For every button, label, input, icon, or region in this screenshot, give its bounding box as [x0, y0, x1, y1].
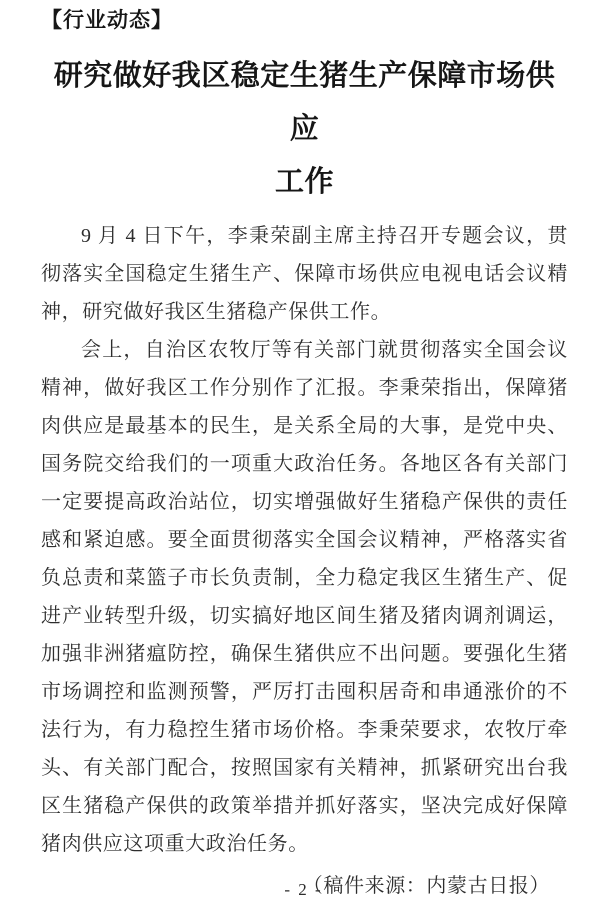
document-body: 9 月 4 日下午，李秉荣副主席主持召开专题会议，贯彻落实全国稳定生猪生产、保障… — [41, 217, 568, 863]
document-page: 【行业动态】 研究做好我区稳定生猪生产保障市场供应 工作 9 月 4 日下午，李… — [0, 0, 607, 910]
page-number: - 2 - — [0, 880, 607, 900]
paragraph-2: 会上，自治区农牧厅等有关部门就贯彻落实全国会议精神，做好我区工作分别作了汇报。李… — [41, 331, 568, 863]
paragraph-1: 9 月 4 日下午，李秉荣副主席主持召开专题会议，贯彻落实全国稳定生猪生产、保障… — [41, 217, 568, 331]
document-title: 研究做好我区稳定生猪生产保障市场供应 工作 — [41, 50, 568, 209]
title-line-2: 工作 — [41, 156, 568, 209]
title-line-1: 研究做好我区稳定生猪生产保障市场供应 — [41, 50, 568, 156]
section-tag: 【行业动态】 — [41, 8, 568, 34]
